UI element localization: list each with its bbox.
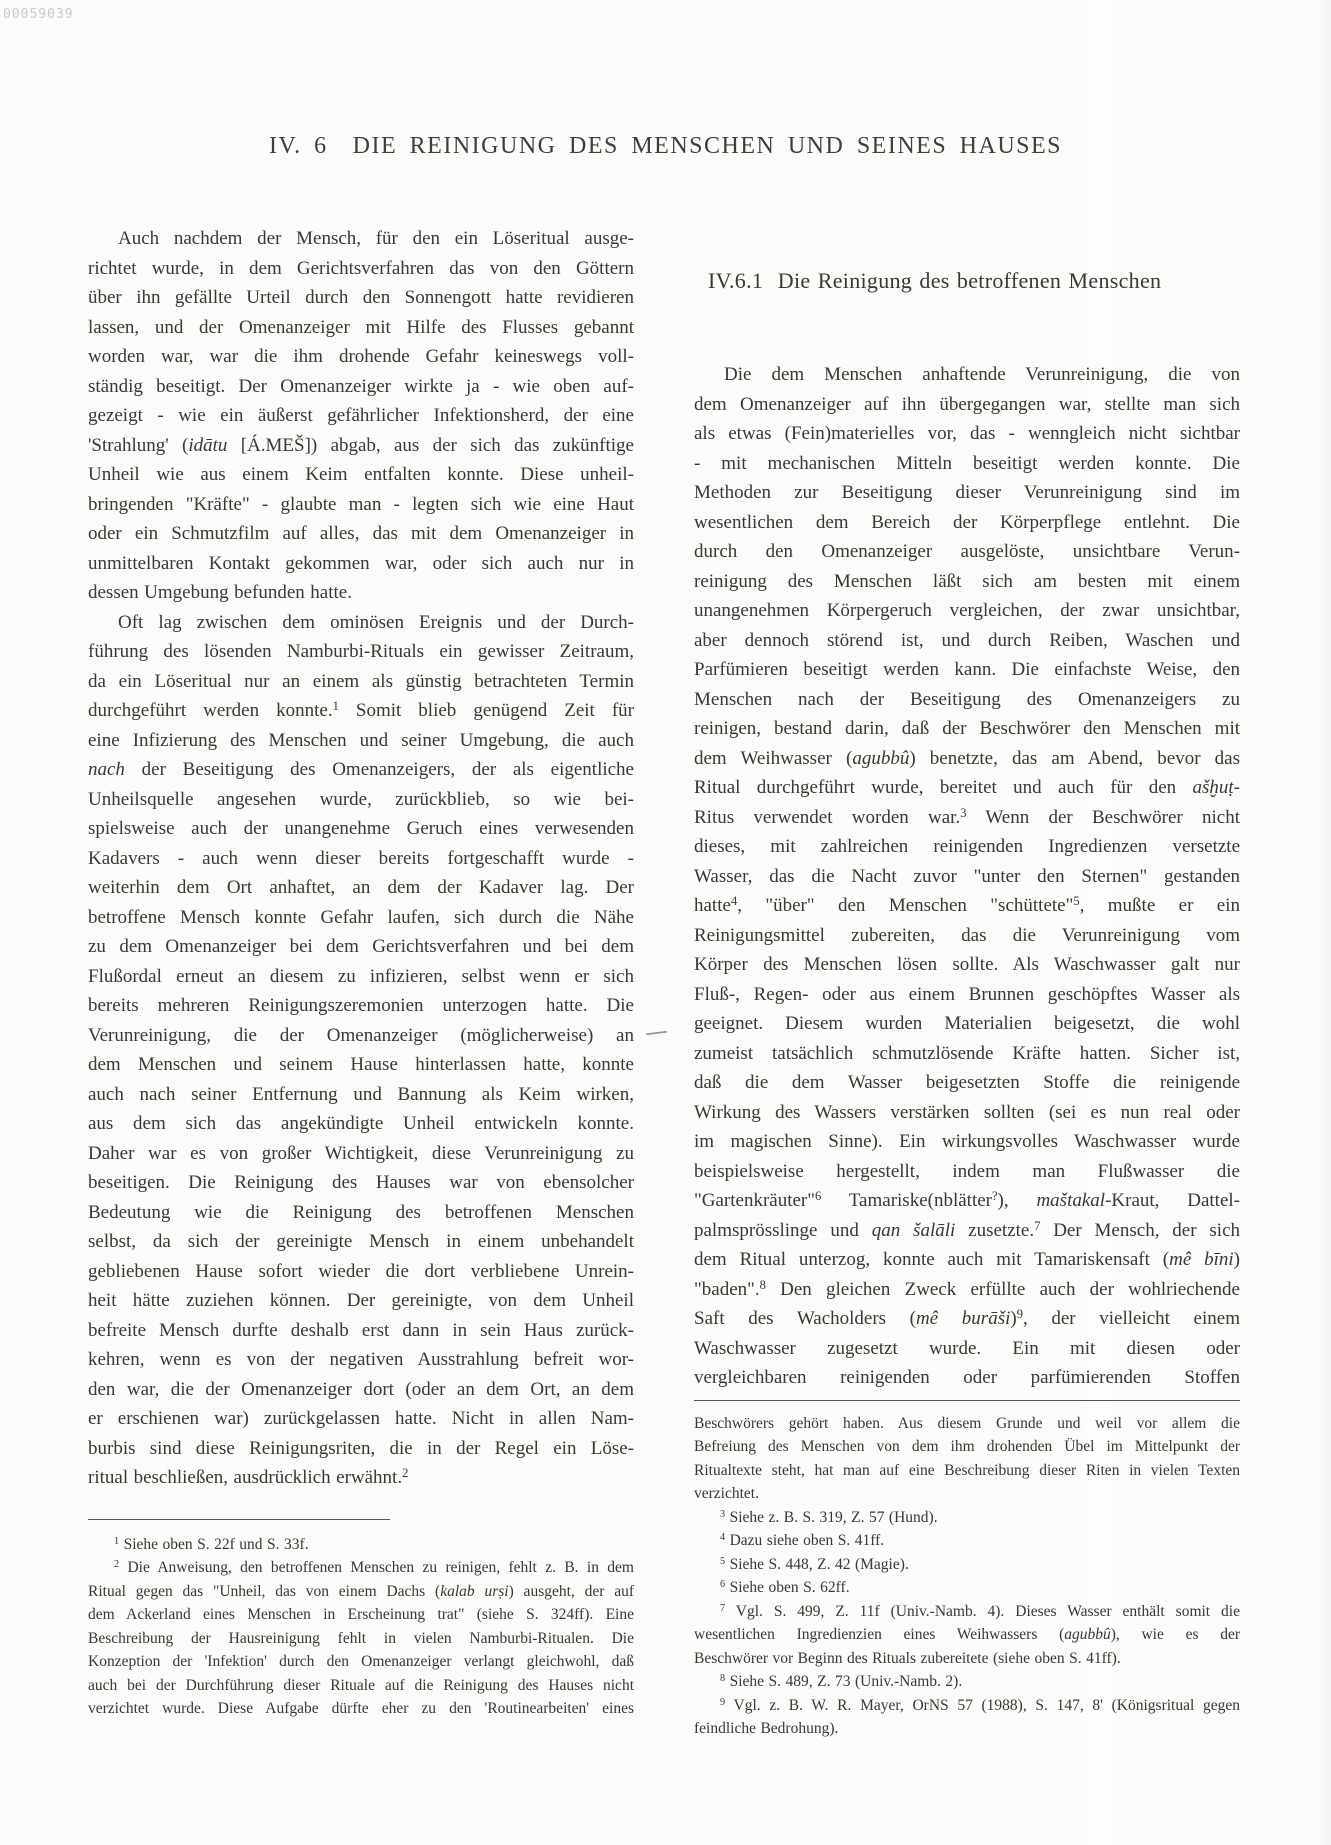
- text-line: bereits mehreren Reinigungszeremonien un…: [88, 991, 634, 1021]
- text-line: lassen, und der Omenanzeiger mit Hilfe d…: [88, 313, 634, 343]
- text-line: palmsprösslinge und qan šalāli zusetzte.…: [694, 1216, 1240, 1246]
- paragraph: Auch nachdem der Mensch, für den ein Lös…: [88, 224, 634, 608]
- text-line: durch den Omenanzeiger ausgelöste, unsic…: [694, 537, 1240, 567]
- text-line: 'Strahlung' (idātu [Á.MEŠ]) abgab, aus d…: [88, 431, 634, 461]
- text-line: dem Weihwasser (agubbû) benetzte, das am…: [694, 744, 1240, 774]
- text-line: Daher war es von großer Wichtigkeit, die…: [88, 1139, 634, 1169]
- book-page-scan: 00059039 IV. 6 DIE REINIGUNG DES MENSCHE…: [0, 0, 1331, 1845]
- text-line: er erschienen war) zurückgelassen hatte.…: [88, 1404, 634, 1434]
- text-line: dem Menschen und seinem Hause hinterlass…: [88, 1050, 634, 1080]
- left-body-text: Auch nachdem der Mensch, für den ein Lös…: [88, 224, 634, 1493]
- text-line: 8 Siehe S. 489, Z. 73 (Univ.-Namb. 2).: [694, 1670, 1240, 1694]
- text-line: Wasser, das die Nacht zuvor "unter den S…: [694, 862, 1240, 892]
- text-line: Menschen nach der Beseitigung des Omenan…: [694, 685, 1240, 715]
- text-line: - mit mechanischen Mitteln beseitigt wer…: [694, 449, 1240, 479]
- text-line: heit hätte zuziehen können. Der gereinig…: [88, 1286, 634, 1316]
- text-line: reinigung des Menschen läßt sich am best…: [694, 567, 1240, 597]
- text-line: unangenehmen Körpergeruch vergleichen, d…: [694, 596, 1240, 626]
- footnote: 2 Die Anweisung, den betroffenen Mensche…: [88, 1556, 634, 1721]
- text-line: Flußordal erneut an diesem zu infizieren…: [88, 962, 634, 992]
- text-line: wesentlichen Ingredienzien eines Weihwas…: [694, 1623, 1240, 1647]
- text-line: "Gartenkräuter"6 Tamariske(nblätter?), m…: [694, 1186, 1240, 1216]
- text-line: führung des lösenden Namburbi-Rituals ei…: [88, 637, 634, 667]
- text-line: den war, die der Omenanzeiger dort (oder…: [88, 1375, 634, 1405]
- text-line: ritual beschließen, ausdrücklich erwähnt…: [88, 1463, 634, 1493]
- text-line: 5 Siehe S. 448, Z. 42 (Magie).: [694, 1553, 1240, 1577]
- text-line: spielsweise auch der unangenehme Geruch …: [88, 814, 634, 844]
- text-line: "baden".8 Den gleichen Zweck erfüllte au…: [694, 1275, 1240, 1305]
- footnote: 3 Siehe z. B. S. 319, Z. 57 (Hund).: [694, 1506, 1240, 1530]
- text-line: befreite Mensch durfte deshalb erst dann…: [88, 1316, 634, 1346]
- text-line: über ihn gefällte Urteil durch den Sonne…: [88, 283, 634, 313]
- text-line: aber dennoch störend ist, und durch Reib…: [694, 626, 1240, 656]
- text-line: 1 Siehe oben S. 22f und S. 33f.: [88, 1533, 634, 1557]
- text-line: auch nach seiner Entfernung und Bannung …: [88, 1080, 634, 1110]
- footnote: 9 Vgl. z. B. W. R. Mayer, OrNS 57 (1988)…: [694, 1694, 1240, 1741]
- paragraph: Die dem Menschen anhaftende Verunreinigu…: [694, 360, 1240, 1393]
- text-line: 4 Dazu siehe oben S. 41ff.: [694, 1529, 1240, 1553]
- text-line: dem Ritual unterzog, konnte auch mit Tam…: [694, 1245, 1240, 1275]
- text-line: gezeigt - wie ein äußerst gefährlicher I…: [88, 401, 634, 431]
- text-line: gebliebenen Hause sofort wieder die dort…: [88, 1257, 634, 1287]
- text-line: Wirkung des Wassers verstärken sollten (…: [694, 1098, 1240, 1128]
- right-column: IV.6.1 Die Reinigung des betroffenen Men…: [694, 268, 1240, 1741]
- text-line: worden war, war die ihm drohende Gefahr …: [88, 342, 634, 372]
- text-line: feindliche Bedrohung).: [694, 1717, 1240, 1741]
- text-line: dem Ackerland eines Menschen in Erschein…: [88, 1603, 634, 1627]
- right-body-text: Die dem Menschen anhaftende Verunreinigu…: [694, 360, 1240, 1393]
- page-title: IV. 6 DIE REINIGUNG DES MENSCHEN UND SEI…: [0, 133, 1331, 160]
- text-line: Ritual durchgeführt wurde, bereitet und …: [694, 773, 1240, 803]
- text-line: beseitigen. Die Reinigung des Hauses war…: [88, 1168, 634, 1198]
- text-line: 3 Siehe z. B. S. 319, Z. 57 (Hund).: [694, 1506, 1240, 1530]
- text-line: da ein Löseritual nur an einem als günst…: [88, 667, 634, 697]
- text-line: Unheil wie aus einem Keim entfalten konn…: [88, 460, 634, 490]
- footnote-continuation: Beschwörers gehört haben. Aus diesem Gru…: [694, 1412, 1240, 1506]
- footnote: 8 Siehe S. 489, Z. 73 (Univ.-Namb. 2).: [694, 1670, 1240, 1694]
- text-line: geeignet. Diesem wurden Materialien beig…: [694, 1009, 1240, 1039]
- text-line: daß die dem Wasser beigesetzten Stoffe d…: [694, 1068, 1240, 1098]
- text-line: im magischen Sinne). Ein wirkungsvolles …: [694, 1127, 1240, 1157]
- text-line: auch bei der Durchführung dieser Rituale…: [88, 1674, 634, 1698]
- text-line: 7 Vgl. S. 499, Z. 11f (Univ.-Namb. 4). D…: [694, 1600, 1240, 1624]
- text-line: Ritus verwendet worden war.3 Wenn der Be…: [694, 803, 1240, 833]
- text-line: dieses, mit zahlreichen reinigenden Ingr…: [694, 832, 1240, 862]
- footnote-separator: [88, 1519, 390, 1520]
- scan-artifact-dash: [646, 1031, 667, 1036]
- text-line: Parfümieren beseitigt werden kann. Die e…: [694, 655, 1240, 685]
- text-line: Körper des Menschen lösen sollte. Als Wa…: [694, 950, 1240, 980]
- text-line: Bedeutung wie die Reinigung des betroffe…: [88, 1198, 634, 1228]
- text-line: Ritual gegen das "Unheil, das von einem …: [88, 1580, 634, 1604]
- text-line: Methoden zur Beseitigung dieser Verunrei…: [694, 478, 1240, 508]
- text-line: wesentlichen dem Bereich der Körperpfleg…: [694, 508, 1240, 538]
- footnote: 4 Dazu siehe oben S. 41ff.: [694, 1529, 1240, 1553]
- text-line: Fluß-, Regen- oder aus einem Brunnen ges…: [694, 980, 1240, 1010]
- text-line: dem Omenanzeiger auf ihn übergegangen wa…: [694, 390, 1240, 420]
- text-line: selbst, da sich der gereinigte Mensch in…: [88, 1227, 634, 1257]
- text-line: unmittelbaren Kontakt gekommen war, oder…: [88, 549, 634, 579]
- text-line: vergleichbaren reinigenden oder parfümie…: [694, 1363, 1240, 1393]
- text-line: durchgeführt werden konnte.1 Somit blieb…: [88, 696, 634, 726]
- footnote: 5 Siehe S. 448, Z. 42 (Magie).: [694, 1553, 1240, 1577]
- text-line: Saft des Wacholders (mê burāši)9, der vi…: [694, 1304, 1240, 1334]
- text-line: burbis sind diese Reinigungsriten, die i…: [88, 1434, 634, 1464]
- text-line: verzichtet wurde. Diese Aufgabe dürfte e…: [88, 1697, 634, 1721]
- text-line: als etwas (Fein)materielles vor, das - w…: [694, 419, 1240, 449]
- text-line: nach der Beseitigung des Omenanzeigers, …: [88, 755, 634, 785]
- text-line: Unheilsquelle angesehen wurde, zurückbli…: [88, 785, 634, 815]
- text-line: hatte4, "über" den Menschen "schüttete"5…: [694, 891, 1240, 921]
- right-footnotes: Beschwörers gehört haben. Aus diesem Gru…: [694, 1412, 1240, 1741]
- text-line: Beschwörers gehört haben. Aus diesem Gru…: [694, 1412, 1240, 1436]
- text-line: bringenden "Kräfte" - glaubte man - legt…: [88, 490, 634, 520]
- text-line: 9 Vgl. z. B. W. R. Mayer, OrNS 57 (1988)…: [694, 1694, 1240, 1718]
- text-line: beispielsweise hergestellt, indem man Fl…: [694, 1157, 1240, 1187]
- text-line: eine Infizierung des Menschen und seiner…: [88, 726, 634, 756]
- text-line: Ritualtexte steht, hat man auf eine Besc…: [694, 1459, 1240, 1483]
- text-line: Beschwörer vor Beginn des Rituals zubere…: [694, 1647, 1240, 1671]
- section-heading: IV.6.1 Die Reinigung des betroffenen Men…: [694, 268, 1240, 294]
- text-line: reinigen, bestand darin, daß der Beschwö…: [694, 714, 1240, 744]
- text-line: Beschreibung der Hausreinigung fehlt in …: [88, 1627, 634, 1651]
- text-line: 2 Die Anweisung, den betroffenen Mensche…: [88, 1556, 634, 1580]
- text-line: ständig beseitigt. Der Omenanzeiger wirk…: [88, 372, 634, 402]
- paragraph: Oft lag zwischen dem ominösen Ereignis u…: [88, 608, 634, 1493]
- left-column: Auch nachdem der Mensch, für den ein Lös…: [88, 224, 634, 1721]
- footnote: 7 Vgl. S. 499, Z. 11f (Univ.-Namb. 4). D…: [694, 1600, 1240, 1671]
- text-line: Verunreinigung, die der Omenanzeiger (mö…: [88, 1021, 634, 1051]
- text-line: Reinigungsmittel zubereiten, das die Ver…: [694, 921, 1240, 951]
- text-line: zumeist tatsächlich schmutzlösende Kräft…: [694, 1039, 1240, 1069]
- text-line: weiterhin dem Ort anhaftet, an dem der K…: [88, 873, 634, 903]
- text-line: 6 Siehe oben S. 62ff.: [694, 1576, 1240, 1600]
- text-line: Auch nachdem der Mensch, für den ein Lös…: [88, 224, 634, 254]
- text-line: Waschwasser zugesetzt wurde. Ein mit die…: [694, 1334, 1240, 1364]
- footnote: 1 Siehe oben S. 22f und S. 33f.: [88, 1533, 634, 1557]
- text-line: Befreiung des Menschen von dem ihm drohe…: [694, 1435, 1240, 1459]
- footnote: 6 Siehe oben S. 62ff.: [694, 1576, 1240, 1600]
- text-line: Die dem Menschen anhaftende Verunreinigu…: [694, 360, 1240, 390]
- scan-stamp-number: 00059039: [3, 7, 74, 22]
- text-line: Konzeption der 'Infektion' durch den Ome…: [88, 1650, 634, 1674]
- text-line: oder ein Schmutzfilm auf alles, das mit …: [88, 519, 634, 549]
- text-line: verzichtet.: [694, 1482, 1240, 1506]
- left-footnotes: 1 Siehe oben S. 22f und S. 33f. 2 Die An…: [88, 1533, 634, 1721]
- text-line: Kadavers - auch wenn dieser bereits fort…: [88, 844, 634, 874]
- footnote-separator: [694, 1400, 1240, 1401]
- text-line: Oft lag zwischen dem ominösen Ereignis u…: [88, 608, 634, 638]
- text-line: betroffene Mensch konnte Gefahr laufen, …: [88, 903, 634, 933]
- text-line: richtet wurde, in dem Gerichtsverfahren …: [88, 254, 634, 284]
- text-line: zu dem Omenanzeiger bei dem Gerichtsverf…: [88, 932, 634, 962]
- text-line: dessen Umgebung befunden hatte.: [88, 578, 634, 608]
- text-line: kehren, wenn es von der negativen Ausstr…: [88, 1345, 634, 1375]
- text-line: aus dem sich das angekündigte Unheil ent…: [88, 1109, 634, 1139]
